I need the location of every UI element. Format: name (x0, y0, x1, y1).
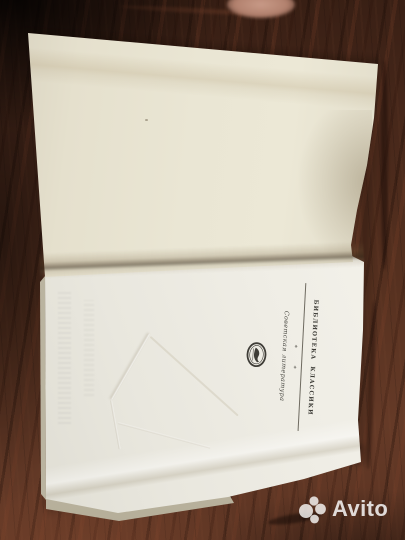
series-title: БИБЛИОТЕКА КЛАССИКИ (305, 270, 320, 446)
book-photo: БИБЛИОТЕКА КЛАССИКИ * * Советская литера… (0, 0, 405, 540)
publisher-emblem-icon (236, 266, 273, 443)
paper-speck (145, 119, 148, 121)
title-page-column: БИБЛИОТЕКА КЛАССИКИ * * Советская литера… (236, 266, 375, 449)
avito-watermark-text: Avito (332, 498, 388, 520)
avito-logo-icon (297, 492, 330, 526)
avito-watermark: Avito (297, 492, 388, 526)
title-page-content: БИБЛИОТЕКА КЛАССИКИ * * Советская литера… (35, 256, 375, 509)
